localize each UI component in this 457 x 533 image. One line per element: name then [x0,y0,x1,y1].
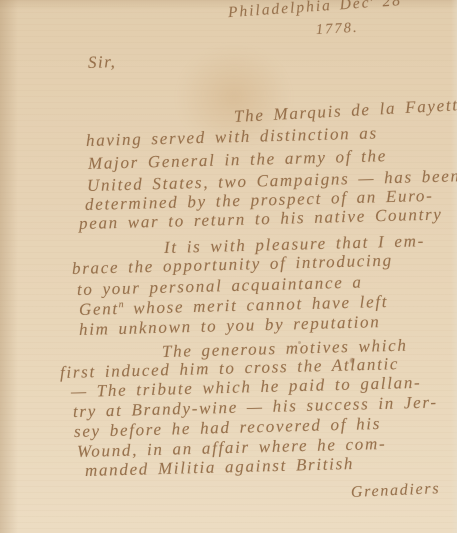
dateline-day-superscript: th [401,0,410,1]
manuscript-line-segment: Gent [79,299,119,319]
paper-left-edge-shadow [0,0,18,533]
dateline-place-month: Philadelphia Dec [227,0,371,21]
salutation: Sir, [88,52,117,73]
catchword: Grenadiers [351,480,441,502]
manuscript-page: Philadelphia Decr 28th 1778. Sir, The Ma… [0,0,457,533]
dateline-day: 28 [374,0,402,11]
dateline: Philadelphia Decr 28th [227,0,410,22]
dateline-year: 1778. [316,20,359,39]
paper-right-edge [451,0,457,533]
